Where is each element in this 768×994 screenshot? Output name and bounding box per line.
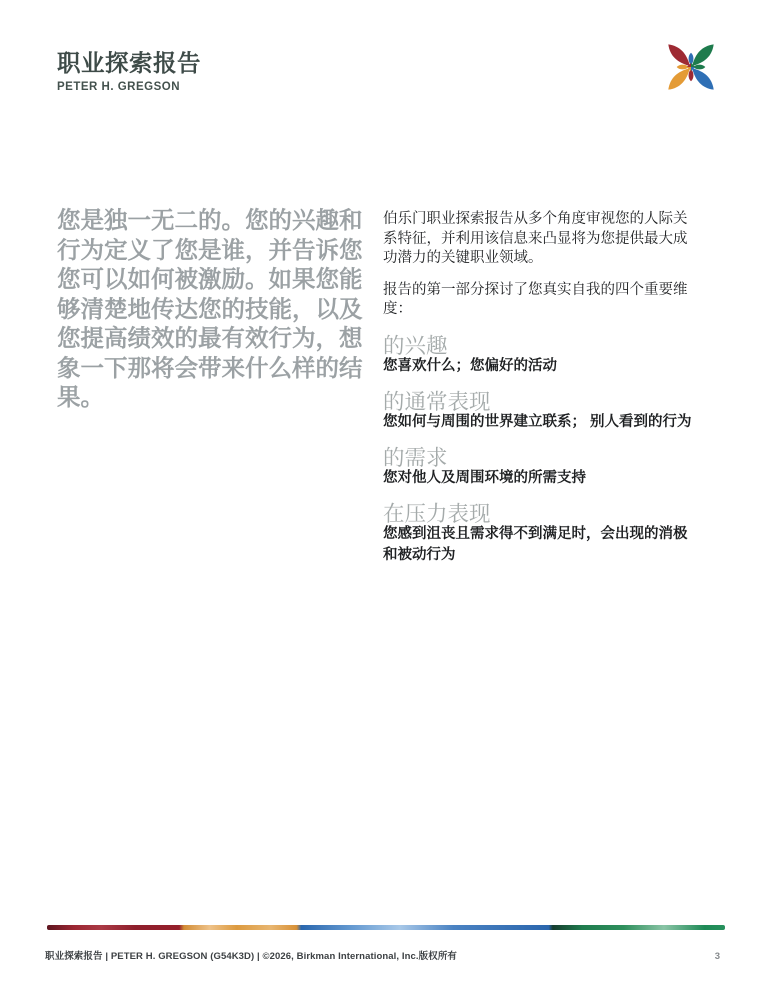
dimension-title: 的需求 <box>383 448 723 468</box>
dimension-title: 的兴趣 <box>383 336 723 356</box>
intro-body-column: 伯乐门职业探索报告从多个角度审视您的人际关 系特征，并利用该信息来凸显将为您提供… <box>383 210 723 581</box>
footer-copyright-text: 职业探索报告 | PETER H. GREGSON (G54K3D) | ©20… <box>45 948 457 962</box>
report-page: 职业探索报告 PETER H. GREGSON 您是独一无二的。您的兴趣和 行为… <box>0 0 768 994</box>
dimension-interests: 的兴趣 您喜欢什么；您偏好的活动 <box>383 336 723 377</box>
page-title: 职业探索报告 <box>57 49 201 77</box>
dimension-description: 您感到沮丧且需求得不到满足时，会出现的消极 和被动行为 <box>383 524 723 566</box>
intro-highlight-text: 您是独一无二的。您的兴趣和 行为定义了您是谁，并告诉您 您可以如何被激励。如果您… <box>57 206 375 413</box>
dimension-description: 您喜欢什么；您偏好的活动 <box>383 356 723 377</box>
page-header: 职业探索报告 PETER H. GREGSON <box>57 49 201 93</box>
page-footer: 职业探索报告 | PETER H. GREGSON (G54K3D) | ©20… <box>45 948 720 962</box>
intro-paragraph-1: 伯乐门职业探索报告从多个角度审视您的人际关 系特征，并利用该信息来凸显将为您提供… <box>383 210 723 269</box>
dimension-needs: 的需求 您对他人及周围环境的所需支持 <box>383 448 723 489</box>
dimension-description: 您如何与周围的世界建立联系； 别人看到的行为 <box>383 412 723 433</box>
dimension-description: 您对他人及周围环境的所需支持 <box>383 468 723 489</box>
dimension-title: 的通常表现 <box>383 392 723 412</box>
intro-paragraph-2: 报告的第一部分探讨了您真实自我的四个重要维 度： <box>383 281 723 320</box>
person-name: PETER H. GREGSON <box>57 81 201 93</box>
page-number: 3 <box>715 951 720 962</box>
footer-brand-stripe <box>47 925 725 930</box>
dimension-stress-behavior: 在压力表现 您感到沮丧且需求得不到满足时，会出现的消极 和被动行为 <box>383 504 723 566</box>
birkman-flower-logo-icon <box>664 40 718 94</box>
dimension-usual-behavior: 的通常表现 您如何与周围的世界建立联系； 别人看到的行为 <box>383 392 723 433</box>
dimension-title: 在压力表现 <box>383 504 723 524</box>
